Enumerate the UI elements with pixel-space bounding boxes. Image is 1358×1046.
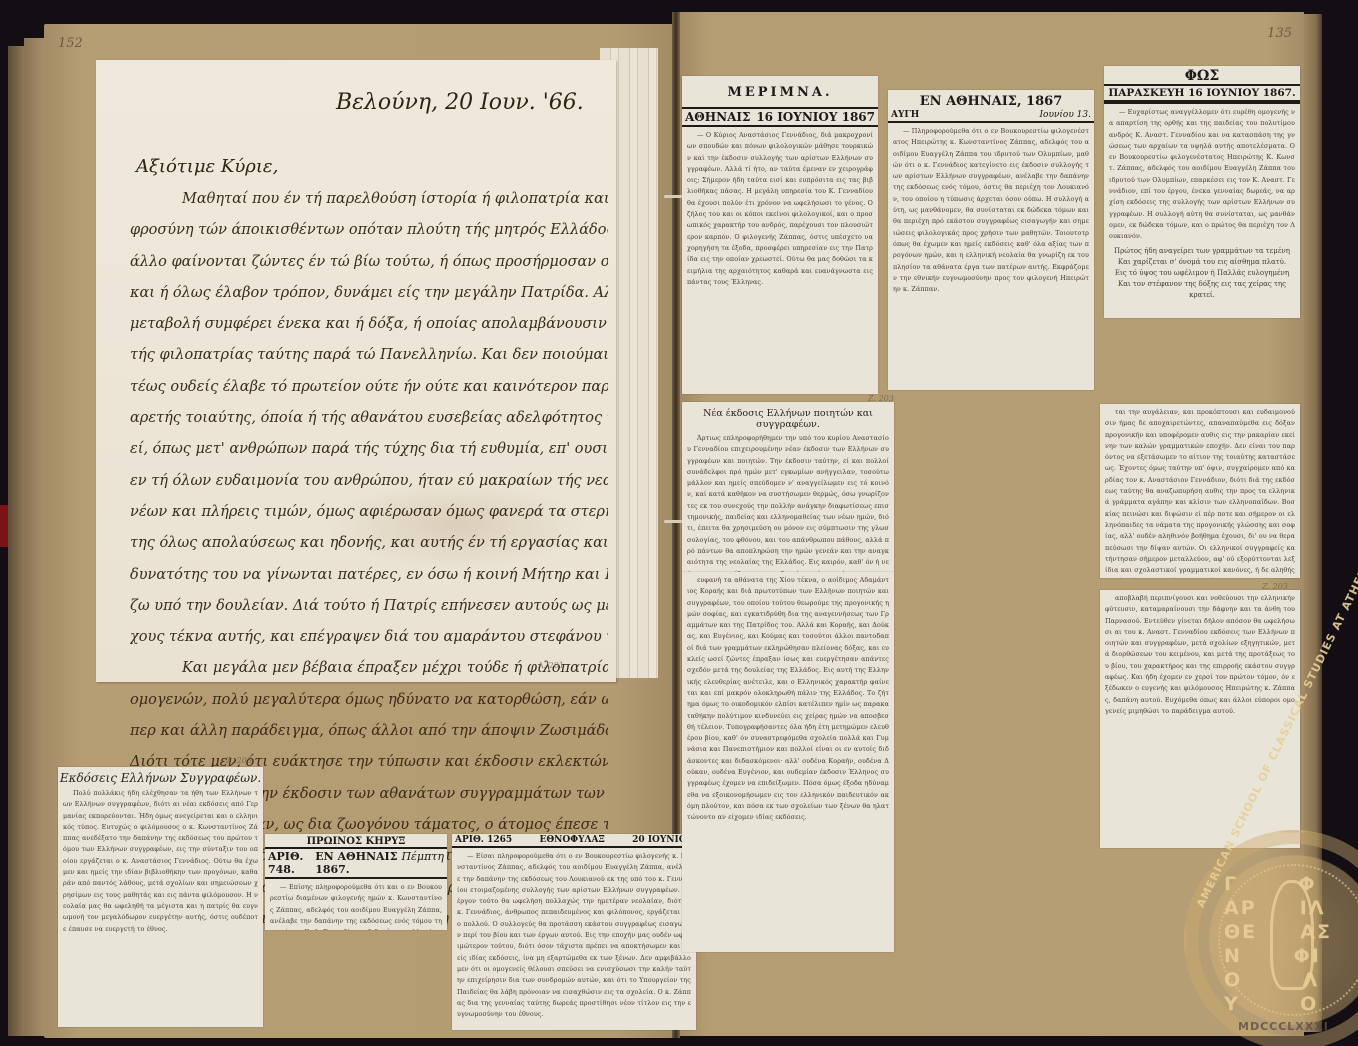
newspaper-masthead: ΕΝ ΑΘΗΝΑΙΣ, 1867	[888, 90, 1094, 109]
letter-line: της όλως απολαύσεως και ηδονής, και αυτή…	[130, 528, 608, 559]
newspaper-dateline: ΑΡΙΘ. 1265 ΕΘΝΟΦΥΛΑΞ 20 ΙΟΥΝΙΟΥ	[452, 834, 696, 848]
letter-line: ζω υπό την δουλείαν. Διά τούτο ή Πατρίς …	[130, 591, 608, 622]
clipping-text: — Επίσης πληροφορούμεθα ότι και ο εν Βου…	[265, 879, 447, 930]
newspaper-name: ΑΥΓΗ	[891, 110, 919, 120]
weekday: Πέμπτη	[401, 850, 444, 863]
letter-line: αρετής τοιαύτης, όποία ή τής αθανάτου ευ…	[130, 403, 608, 434]
issue-number: ΑΡΙΘ. 748.	[268, 850, 315, 876]
newspaper-masthead: ΠΡΩΙΝΟΣ ΚΗΡΥΞ	[265, 834, 447, 847]
newspaper-dateline: ΑΡΙΘ. 748. ΕΝ ΑΘΗΝΑΙΣ 1867. Πέμπτη	[265, 847, 447, 879]
letter-line: άλλο φαίνονται ζώντες έν τώ βίω τούτω, ή…	[130, 247, 608, 278]
clipping-text: ευφανή τα αθάνατα της Χίου τέκνα, ο αοίδ…	[682, 572, 894, 827]
seal-year: MDCCCLXXXI	[1238, 1020, 1329, 1033]
newspaper-masthead: ΜΕΡΙΜΝΑ.	[682, 76, 878, 107]
clipping-right-column-bottom: αποβλαβή περιπνίγουσι και νοθεύουσι την …	[1100, 590, 1300, 848]
issue-date: Ιουνίου 13.	[1039, 110, 1091, 120]
place: ΑΘΗΝΑΙΣ	[685, 110, 750, 124]
letter-line: ομογενών, πολύ μεγαλύτερα όμως ηδύνατο ν…	[130, 685, 608, 716]
letter-salutation: Αξιότιμε Κύριε,	[136, 156, 278, 177]
folio-number-left: 152	[58, 36, 83, 51]
newspaper-dateline: ΑΥΓΗ Ιουνίου 13.	[888, 109, 1094, 123]
clipping-text: — Πληροφορούμεθα ότι ο εν Βουκουρεστίω φ…	[888, 123, 1094, 298]
clipping-fos: ΦΩΣ ΠΑΡΑΣΚΕΥΗ 16 ΙΟΥΝΙΟΥ 1867. — Ευχαρίσ…	[1104, 66, 1300, 318]
clipping-text: αποβλαβή περιπνίγουσι και νοθεύουσι την …	[1100, 590, 1300, 720]
clipping-proinos-kirux: ΠΡΩΙΝΟΣ ΚΗΡΥΞ ΑΡΙΘ. 748. ΕΝ ΑΘΗΝΑΙΣ 1867…	[265, 834, 447, 930]
handwritten-letter: Βελούνη, 20 Ιουν. '66. Αξιότιμε Κύριε, Μ…	[96, 60, 616, 682]
newspaper-dateline: ΑΘΗΝΑΙΣ 16 ΙΟΥΝΙΟΥ 1867	[682, 107, 878, 127]
letter-line: τής φιλοπατρίας ταύτης παρά τώ Πανελληνί…	[130, 340, 608, 371]
verse-block: Πρώτος ήδη αναγείρει των γραμμάτων τα τε…	[1104, 246, 1300, 301]
letter-line: Και μεγάλα μεν βέβαια έπραξεν μέχρι τούδ…	[130, 653, 608, 684]
newspaper-masthead: ΕΘΝΟΦΥΛΑΞ	[539, 835, 604, 845]
folio-number-right: 135	[1267, 26, 1292, 41]
letter-line: νέων και πλήρεις τιμών, όμως αφιέρωσαν ό…	[130, 497, 608, 528]
letter-line: Μαθηταί που έν τή παρελθούση ίστορία ή φ…	[130, 184, 608, 215]
issue-date: 16 ΙΟΥΝΙΟΥ 1867	[756, 110, 875, 124]
clipping-right-column-top: ται την αυγάλειαν, και προκόπτουσι και ε…	[1100, 404, 1300, 578]
letter-line: φροσύνη τών άποικισθέντων οπόταν πλούτη …	[130, 215, 608, 246]
letter-line: μεταβολή συμφέρει ένεκα και ή δόξα, ή οπ…	[130, 309, 608, 340]
issue-number: ΑΡΙΘ. 1265	[455, 835, 512, 845]
archive-mark: Ζ. 203	[226, 756, 252, 765]
letter-line: εί, όπως μετ' ανθρώπων παρά τής τύχης δι…	[130, 434, 608, 465]
archive-annotation: Α. 201	[538, 661, 564, 670]
letter-line: εν τή όλων ευδαιμονία του ανθρώπου, ήταν…	[130, 466, 608, 497]
issue-date: ΠΑΡΑΣΚΕΥΗ 16 ΙΟΥΝΙΟΥ 1867.	[1108, 87, 1295, 99]
clipping-merimna: ΜΕΡΙΜΝΑ. ΑΘΗΝΑΙΣ 16 ΙΟΥΝΙΟΥ 1867 — Ο Κύρ…	[682, 76, 878, 394]
verse-line: Και τον στέφανον της δόξης εις τας χείρα…	[1110, 279, 1294, 301]
seal-center-letters: Γ Φ ΑΡ ΙΛ ΘΕ ΑΣ Ν ΦΙ Ο Λ Υ Ο	[1224, 872, 1358, 1016]
clipping-ekdoseis: Εκδόσεις Ελλήνων Συγγραφέων. Πολύ πολλάκ…	[58, 767, 263, 1027]
verse-line: Και χαρίζεται σ' όνομά του εις αίσθημα π…	[1110, 257, 1294, 268]
clipping-text: — Είσαι πληροφορούμεθα ότι ο εν Βουκουρε…	[452, 848, 696, 1023]
clipping-text: — Ο Κύριος Αναστάσιος Γεννάδιος, διά μακ…	[682, 127, 878, 291]
clipping-title: Εκδόσεις Ελλήνων Συγγραφέων.	[58, 767, 263, 785]
clipping-text: — Ευχαρίστως αναγγέλλομεν ότι ευρέθη ομο…	[1104, 104, 1300, 246]
newspaper-masthead: ΦΩΣ	[1104, 66, 1300, 84]
clipping-continuation: ευφανή τα αθάνατα της Χίου τέκνα, ο αοίδ…	[682, 572, 894, 952]
clipping-augi: ΕΝ ΑΘΗΝΑΙΣ, 1867 ΑΥΓΗ Ιουνίου 13. — Πληρ…	[888, 90, 1094, 390]
letter-line: περ και άλλη παράδειγμα, όπως άλλοι από …	[130, 716, 608, 747]
clipping-text: Άρτιως επληροφορήθημεν την υπό του κυρίο…	[682, 430, 894, 572]
letter-line: και ή όλως έλαβον τρόπον, δυνάμει είς τη…	[130, 278, 608, 309]
clipping-text: ται την αυγάλειαν, και προκόπτουσι και ε…	[1100, 404, 1300, 578]
letter-line: τέως ουδείς έλαβε τό πρωτείον ούτε ήν ού…	[130, 372, 608, 403]
letter-line: δυνατότης του να γίνωνται πατέρες, εν όσ…	[130, 560, 608, 591]
letter-line: χους τέκνα αυτής, και επέγραψεν διά του …	[130, 622, 608, 653]
letter-date: Βελούνη, 20 Ιουν. '66.	[336, 90, 584, 115]
clipping-text: Πολύ πολλάκις ήδη ελέχθησαν τα ήθη των Ε…	[58, 785, 263, 938]
verse-line: Πρώτος ήδη αναγείρει των γραμμάτων τα τε…	[1110, 246, 1294, 257]
verse-line: Εις τό ύψος του ωφέλιμον ή Παλλάς ευλογη…	[1110, 268, 1294, 279]
clipping-nea-ekdosis: Νέα έκδοσις Ελλήνων ποιητών και συγγραφέ…	[682, 402, 894, 572]
scrapbook-spread: 152 135 Βελούνη, 20 Ιουν. '66. Αξιότιμε …	[0, 0, 1358, 1046]
newspaper-dateline: ΠΑΡΑΣΚΕΥΗ 16 ΙΟΥΝΙΟΥ 1867.	[1104, 84, 1300, 104]
archive-mark: Ζ. 203	[868, 394, 894, 403]
clipping-ethnofylax: ΑΡΙΘ. 1265 ΕΘΝΟΦΥΛΑΞ 20 ΙΟΥΝΙΟΥ — Είσαι …	[452, 834, 696, 1030]
clipping-title: Νέα έκδοσις Ελλήνων ποιητών και συγγραφέ…	[682, 402, 894, 430]
place-date: ΕΝ ΑΘΗΝΑΙΣ 1867.	[315, 850, 401, 876]
